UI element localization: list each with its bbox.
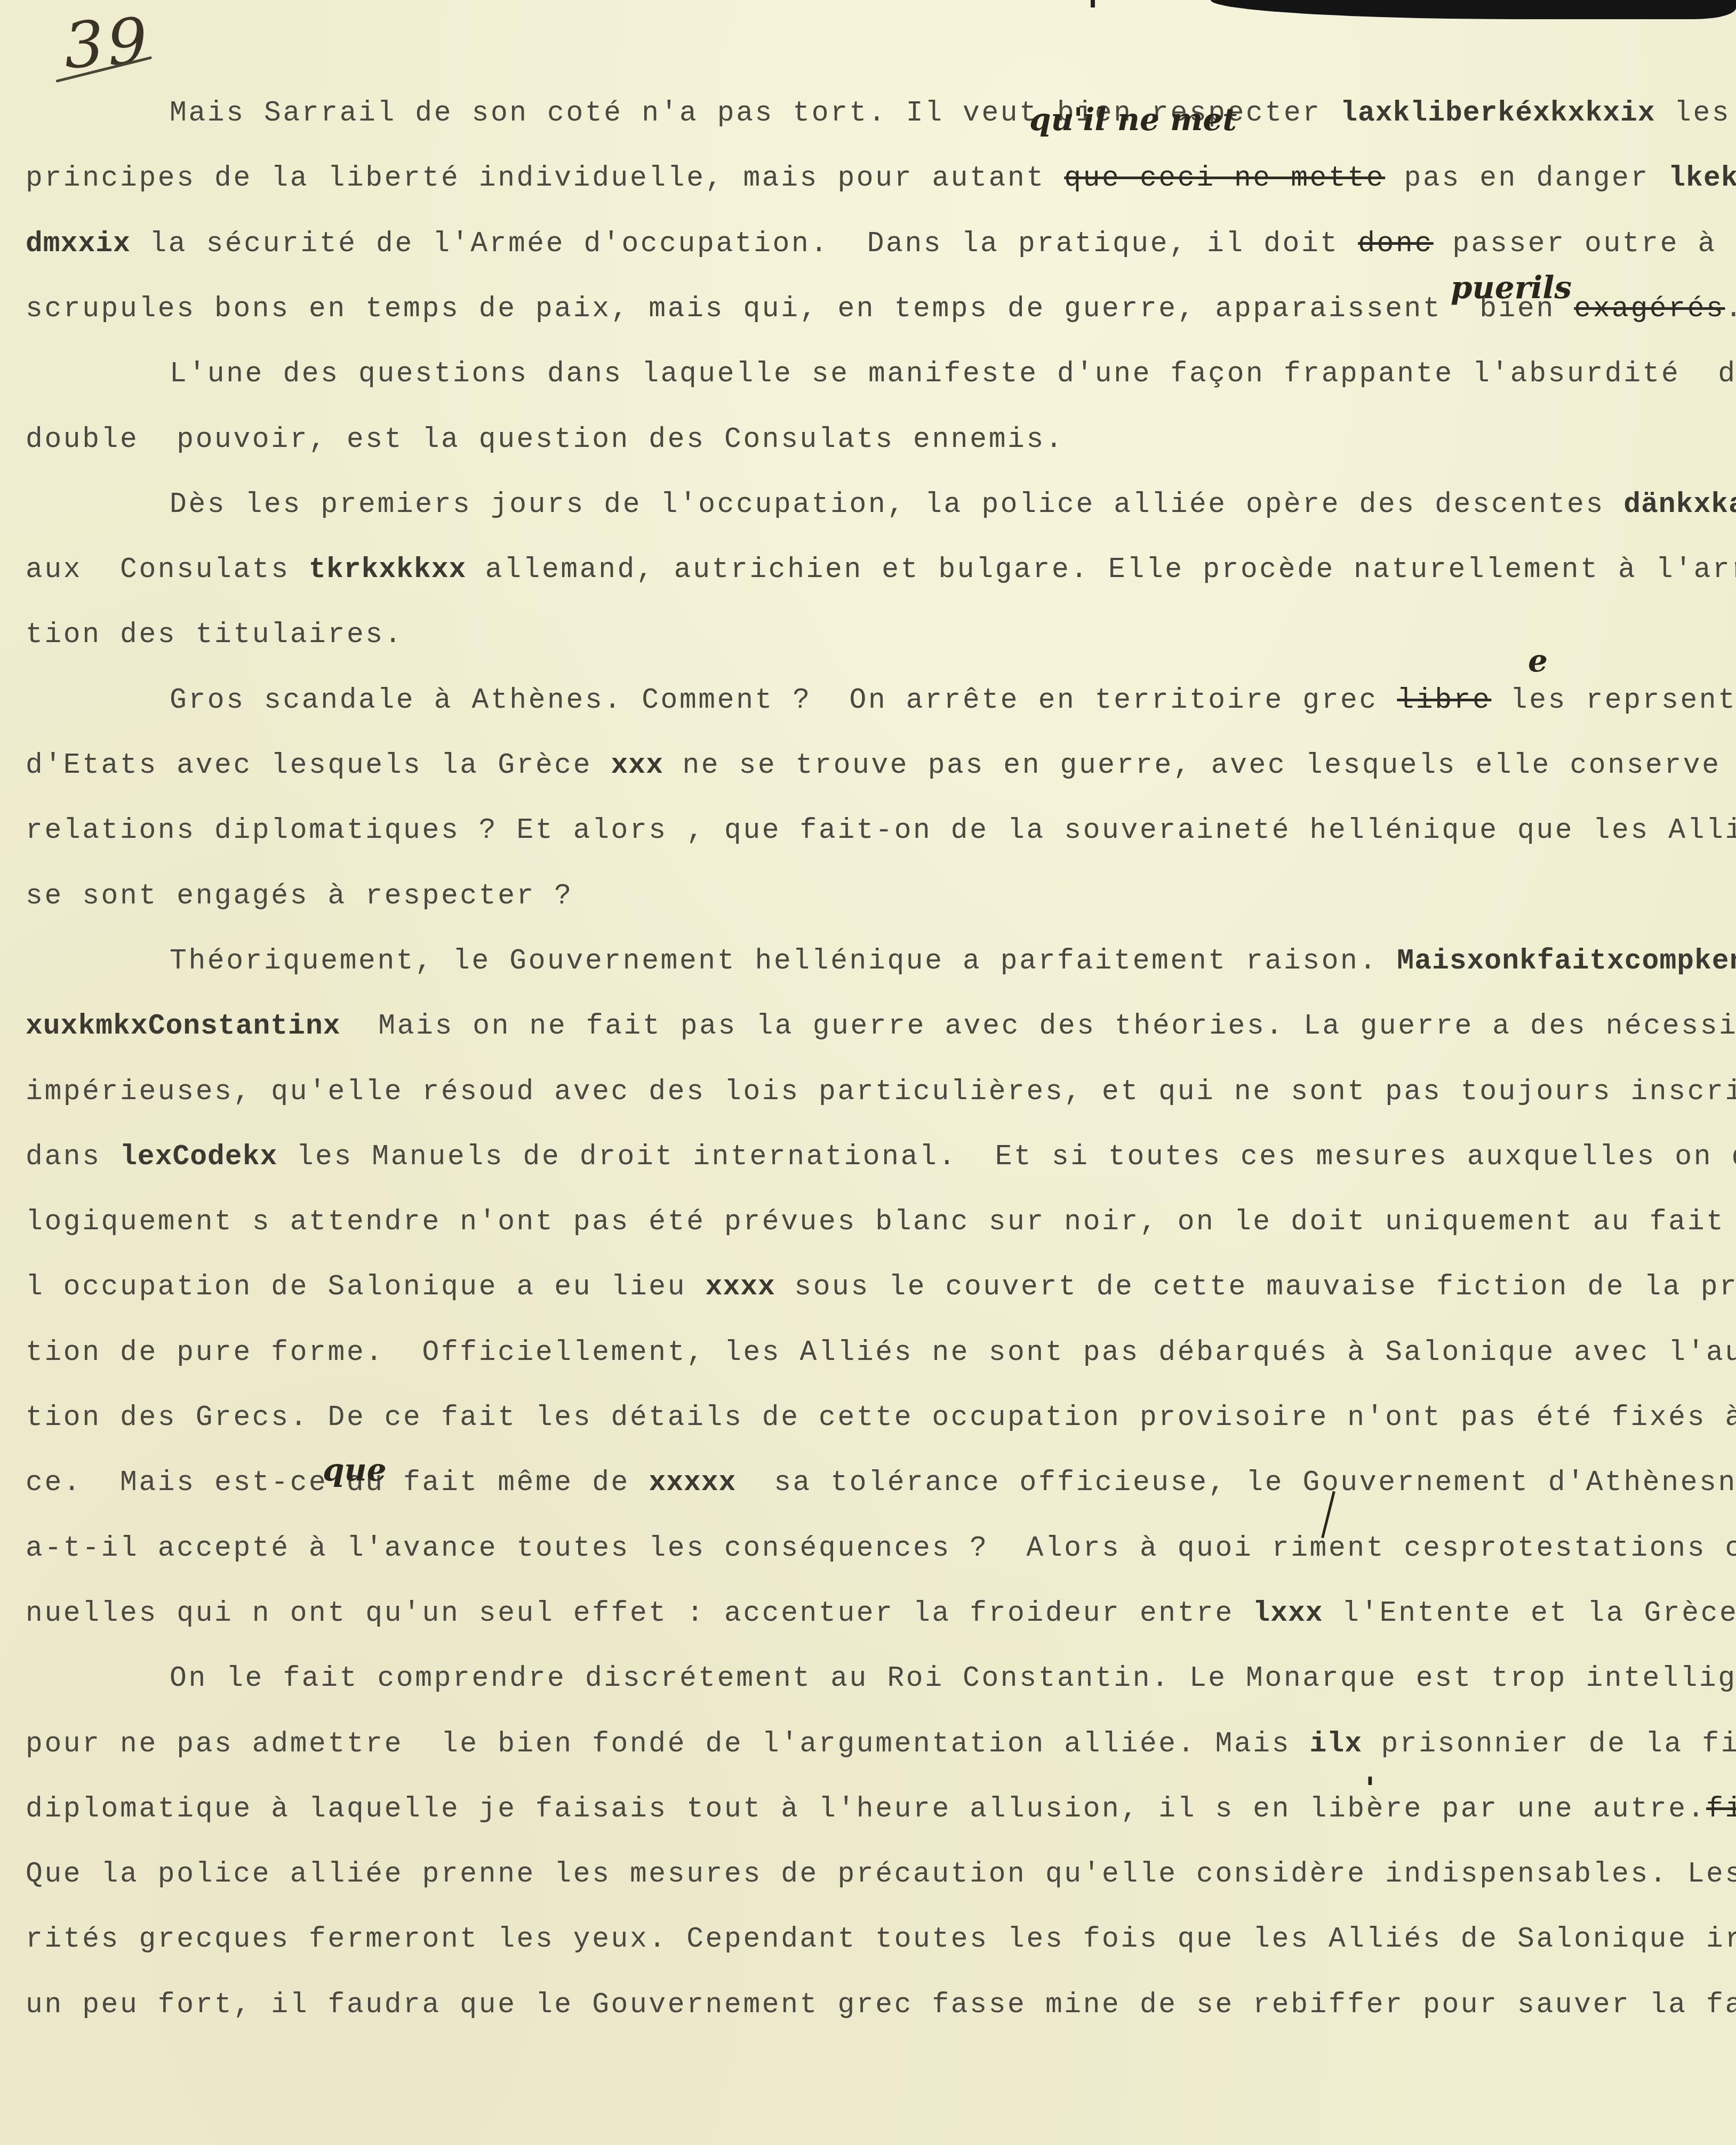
text-segment: ne se trouve pas en guerre, avec lesquel… bbox=[663, 749, 1736, 781]
typed-over-text: lexCodekx bbox=[120, 1141, 277, 1173]
text-line: d'Etats avec lesquels la Grèce xxx ne se… bbox=[26, 744, 1736, 787]
typed-over-text: dänkxkaxx bbox=[1623, 489, 1736, 521]
text-segment: se sont engagés à respecter ? bbox=[26, 880, 573, 912]
text-segment: Gros scandale à Athènes. Comment ? On ar… bbox=[170, 684, 1397, 716]
text-segment: Que la police alliée prenne les mesures … bbox=[26, 1858, 1736, 1890]
text-segment: sa tolérance officieuse, le Gouvernement… bbox=[736, 1467, 1736, 1499]
typed-over-text: lxxx bbox=[1253, 1597, 1323, 1629]
handwritten-note: puerils bbox=[1451, 269, 1572, 306]
text-line: nuelles qui n ont qu'un seul effet : acc… bbox=[26, 1592, 1736, 1635]
document-page: 39 Mais Sarrail de son coté n'a pas tort… bbox=[0, 0, 1736, 2145]
text-line: l occupation de Salonique a eu lieu xxxx… bbox=[26, 1266, 1736, 1308]
text-segment: Dès les premiers jours de l'occupation, … bbox=[170, 489, 1623, 521]
text-segment: rités grecques fermeront les yeux. Cepen… bbox=[26, 1923, 1736, 1955]
text-segment: nuelles qui n ont qu'un seul effet : acc… bbox=[26, 1597, 1253, 1629]
text-line: tion de pure forme. Officiellement, les … bbox=[26, 1331, 1736, 1374]
handwritten-note: ' bbox=[1365, 1771, 1375, 1807]
text-segment: passer outre à ces bbox=[1434, 228, 1736, 260]
text-segment: . bbox=[1725, 293, 1736, 325]
text-line: Dès les premiers jours de l'occupation, … bbox=[26, 483, 1736, 526]
text-line: L'une des questions dans laquelle se man… bbox=[26, 353, 1736, 395]
struck-text: libre bbox=[1397, 684, 1491, 716]
text-line: Théoriquement, le Gouvernement helléniqu… bbox=[26, 940, 1736, 982]
text-line: dans lexCodekx les Manuels de droit inte… bbox=[26, 1135, 1736, 1178]
text-segment: les bbox=[1655, 97, 1731, 129]
text-line: Gros scandale à Athènes. Comment ? On ar… bbox=[26, 679, 1736, 722]
text-segment: Mais on ne fait pas la guerre avec des t… bbox=[341, 1010, 1736, 1042]
text-segment: pour ne pas admettre le bien fondé de l'… bbox=[26, 1728, 1310, 1760]
text-segment: allemand, autrichien et bulgare. Elle pr… bbox=[466, 554, 1736, 586]
text-line: principes de la liberté individuelle, ma… bbox=[26, 157, 1736, 199]
text-segment: relations diplomatiques ? Et alors , que… bbox=[26, 814, 1736, 846]
text-line: logiquement s attendre n'ont pas été pré… bbox=[26, 1200, 1736, 1243]
typed-over-text: xxxxx bbox=[649, 1467, 736, 1499]
text-line: Mais Sarrail de son coté n'a pas tort. I… bbox=[26, 92, 1731, 134]
typed-over-text: xxx bbox=[611, 749, 663, 781]
text-line: tion des titulaires. bbox=[26, 613, 403, 656]
text-segment: tion de pure forme. Officiellement, les … bbox=[26, 1336, 1736, 1368]
text-segment: L'une des questions dans laquelle se man… bbox=[170, 358, 1736, 390]
handwritten-note: que bbox=[323, 1452, 387, 1488]
text-segment: principes de la liberté individuelle, ma… bbox=[26, 162, 1064, 194]
text-line: pour ne pas admettre le bien fondé de l'… bbox=[26, 1723, 1736, 1765]
text-line: rités grecques fermeront les yeux. Cepen… bbox=[26, 1918, 1736, 1960]
text-line: tion des Grecs. De ce fait les détails d… bbox=[26, 1396, 1736, 1439]
text-segment: les reprsentants bbox=[1491, 684, 1736, 716]
typed-over-text: tkrkxkkxx bbox=[309, 554, 466, 586]
text-segment: scrupules bons en temps de paix, mais qu… bbox=[26, 293, 1574, 325]
text-segment: pas en danger bbox=[1385, 162, 1668, 194]
text-segment: la sécurité de l'Armée d'occupation. Dan… bbox=[131, 228, 1358, 260]
text-line: double pouvoir, est la question des Cons… bbox=[26, 418, 1064, 461]
typed-over-text: Maisxonkfaitxcompkendkexx bbox=[1397, 945, 1736, 977]
handwritten-note: qu'il ne met bbox=[1029, 101, 1237, 138]
text-segment: l'Entente et la Grèce ? bbox=[1323, 1597, 1736, 1629]
typed-over-text: laxkliberkéxkxkxix bbox=[1340, 97, 1655, 129]
text-segment: tion des titulaires. bbox=[26, 619, 403, 651]
text-line: impérieuses, qu'elle résoud avec des loi… bbox=[26, 1070, 1736, 1113]
text-segment: diplomatique à laquelle je faisais tout … bbox=[26, 1793, 1706, 1825]
text-segment: aux Consulats bbox=[26, 554, 309, 586]
text-segment: Théoriquement, le Gouvernement helléniqu… bbox=[170, 945, 1397, 977]
text-segment: a-t-il accepté à l'avance toutes les con… bbox=[26, 1532, 1736, 1564]
text-segment: prisonnier de la fiction bbox=[1362, 1728, 1736, 1760]
typed-over-text: dmxxix bbox=[26, 228, 131, 260]
text-segment: logiquement s attendre n'ont pas été pré… bbox=[26, 1206, 1736, 1238]
typed-over-text: xuxkmkxConstantinx bbox=[26, 1010, 341, 1042]
text-segment: les Manuels de droit international. Et s… bbox=[277, 1141, 1736, 1173]
handwritten-note: e bbox=[1528, 643, 1548, 679]
typed-over-text: xxxx bbox=[706, 1271, 775, 1303]
text-line: relations diplomatiques ? Et alors , que… bbox=[26, 809, 1736, 852]
text-segment: double pouvoir, est la question des Cons… bbox=[26, 423, 1064, 455]
text-line: Que la police alliée prenne les mesures … bbox=[26, 1853, 1736, 1895]
text-line: dmxxix la sécurité de l'Armée d'occupati… bbox=[26, 222, 1736, 265]
text-line: se sont engagés à respecter ? bbox=[26, 875, 573, 917]
text-segment: impérieuses, qu'elle résoud avec des loi… bbox=[26, 1076, 1736, 1108]
struck-text: fiction. bbox=[1706, 1793, 1736, 1825]
text-segment: dans bbox=[26, 1141, 120, 1173]
text-segment: tion des Grecs. De ce fait les détails d… bbox=[26, 1402, 1736, 1434]
text-segment: sous le couvert de cette mauvaise fictio… bbox=[775, 1271, 1736, 1303]
text-line: a-t-il accepté à l'avance toutes les con… bbox=[26, 1527, 1736, 1570]
text-line: On le fait comprendre discrétement au Ro… bbox=[26, 1657, 1736, 1700]
ink-mark bbox=[1091, 0, 1095, 7]
text-segment: l occupation de Salonique a eu lieu bbox=[26, 1271, 706, 1303]
page-number: 39 bbox=[61, 4, 153, 83]
struck-text: donc bbox=[1358, 228, 1434, 260]
text-segment: un peu fort, il faudra que le Gouverneme… bbox=[26, 1989, 1736, 2021]
text-line: ce. Mais est-ce du fait même de xxxxx sa… bbox=[26, 1461, 1736, 1504]
text-segment: d'Etats avec lesquels la Grèce bbox=[26, 749, 611, 781]
text-line: diplomatique à laquelle je faisais tout … bbox=[26, 1788, 1736, 1830]
text-line: un peu fort, il faudra que le Gouverneme… bbox=[26, 1983, 1736, 2026]
typed-over-text: ilx bbox=[1310, 1728, 1362, 1760]
text-line: xuxkmkxConstantinx Mais on ne fait pas l… bbox=[26, 1005, 1736, 1047]
struck-text: exagérés bbox=[1574, 293, 1725, 325]
ink-blotch bbox=[1211, 0, 1736, 19]
typed-over-text: lkekikkémzzx bbox=[1668, 162, 1736, 194]
text-line: aux Consulats tkrkxkkxx allemand, autric… bbox=[26, 548, 1736, 591]
text-segment: On le fait comprendre discrétement au Ro… bbox=[170, 1662, 1736, 1694]
struck-text: que ceci ne mette bbox=[1064, 162, 1385, 194]
